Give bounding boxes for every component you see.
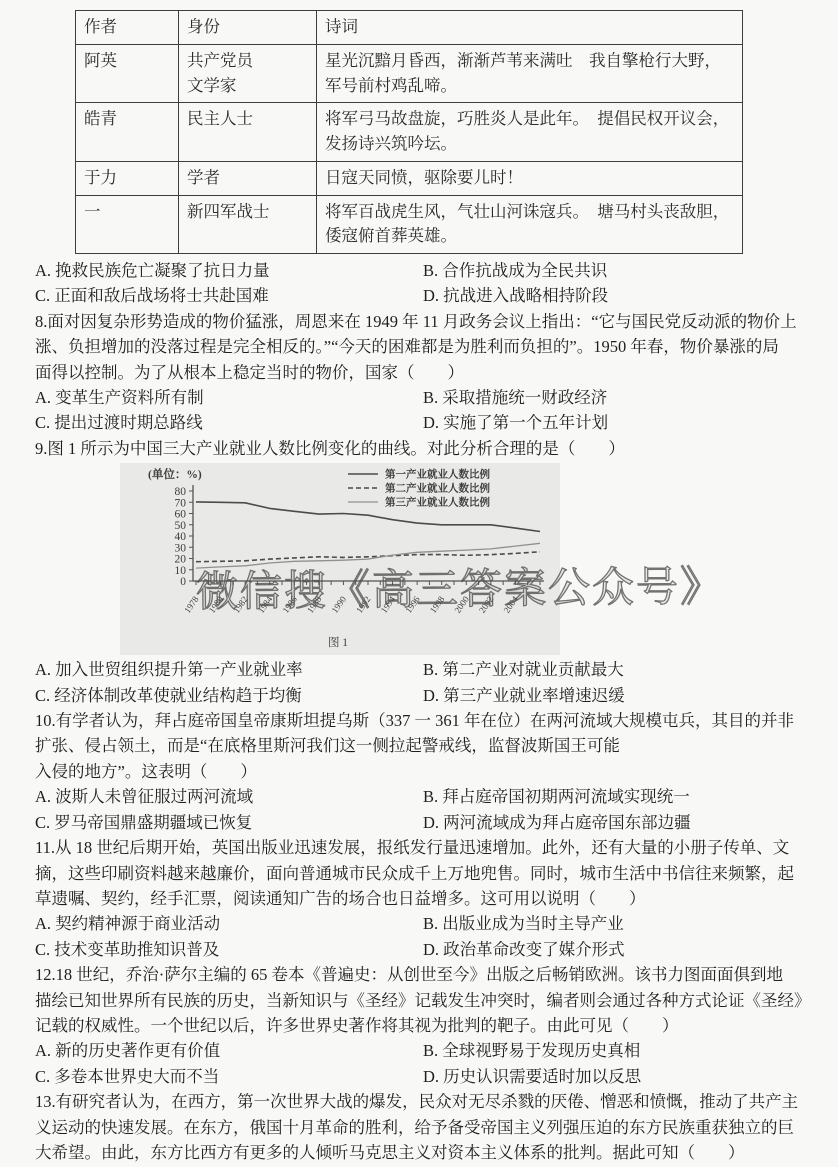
q10-line: 扩张、侵占领土，而是“在底格里斯河我们这一侧拉起警戒线，监督波斯国王可能 — [35, 733, 825, 758]
q12-line: 描绘已知世界所有民族的历史，当新知识与《圣经》记载发生冲突时，编者则会通过各种方… — [35, 988, 825, 1013]
author-cell: 皓青 — [76, 103, 179, 162]
q12-line: 12.18 世纪，乔治·萨尔主编的 65 卷本《普遍史：从创世至今》出版之后畅销… — [35, 962, 825, 987]
table-row: 皓青 民主人士 将军弓马故盘旋，巧胜炎人是此年。 提倡民权开议会，发扬诗兴筑吟坛… — [76, 103, 743, 162]
q11-option-d: D. 政治革命改变了媒介形式 — [423, 937, 825, 962]
q8-option-a: A. 变革生产资料所有制 — [35, 385, 423, 410]
q10-option-a: A. 波斯人未曾征服过两河流域 — [35, 784, 423, 809]
svg-text:第一产业就业人数比例: 第一产业就业人数比例 — [385, 468, 490, 481]
q13-line: 大希望。由此，东方比西方有更多的人倾听马克思主义对资本主义体系的批判。据此可知（… — [35, 1140, 825, 1165]
identity-cell: 民主人士 — [179, 103, 317, 162]
q12-text: 12.18 世纪，乔治·萨尔主编的 65 卷本《普遍史：从创世至今》出版之后畅销… — [35, 962, 825, 1038]
q11-option-a: A. 契约精神源于商业活动 — [35, 911, 423, 936]
q13-text: 13.有研究者认为，在西方，第一次世界大战的爆发，民众对无尽杀戮的厌倦、憎恶和愤… — [35, 1089, 825, 1165]
svg-text:1988: 1988 — [305, 594, 324, 615]
q10-option-d: D. 两河流域成为拜占庭帝国东部边疆 — [423, 810, 825, 835]
poem-cell: 将军弓马故盘旋，巧胜炎人是此年。 提倡民权开议会，发扬诗兴筑吟坛。 — [317, 103, 743, 162]
q10-options: A. 波斯人未曾征服过两河流域 B. 拜占庭帝国初期两河流域实现统一 C. 罗马… — [35, 784, 825, 835]
svg-text:第二产业就业人数比例: 第二产业就业人数比例 — [385, 482, 490, 495]
q8-line: 涨、负担增加的没落过程是完全相反的。”“今天的困难都是为胜利而负担的”。1950… — [35, 334, 825, 359]
q8-text: 8.面对因复杂形势造成的物价猛涨，周恩来在 1949 年 11 月政务会议上指出… — [35, 309, 825, 385]
q9-option-c: C. 经济体制改革使就业结构趋于均衡 — [35, 683, 423, 708]
table-header-poem: 诗词 — [317, 11, 743, 45]
svg-text:80: 80 — [175, 486, 187, 498]
svg-text:30: 30 — [175, 543, 187, 555]
table-header-row: 作者 身份 诗词 — [76, 11, 743, 45]
q9-option-d: D. 第三产业就业率增速迟缓 — [423, 683, 825, 708]
q13-line: 义运动的快速发展。在东方，俄国十月革命的胜利，给予备受帝国主义列强压迫的东方民族… — [35, 1115, 825, 1140]
identity-cell: 共产党员 文学家 — [179, 44, 317, 103]
q9-options: A. 加入世贸组织提升第一产业就业率 B. 第二产业对就业贡献最大 C. 经济体… — [35, 657, 825, 708]
q7-option-c: C. 正面和敌后战场将士共赴国难 — [35, 283, 423, 308]
svg-text:2000: 2000 — [452, 594, 471, 615]
svg-text:1992: 1992 — [354, 595, 373, 615]
svg-text:50: 50 — [175, 520, 187, 532]
svg-text:2002: 2002 — [477, 595, 496, 615]
q8-option-d: D. 实施了第一个五年计划 — [423, 410, 825, 435]
poem-cell: 日寇天同愤，驱除要儿时！ — [317, 161, 743, 195]
svg-text:70: 70 — [175, 498, 187, 510]
q8-options: A. 变革生产资料所有制 B. 采取措施统一财政经济 C. 提出过渡时期总路线 … — [35, 385, 825, 436]
q11-text: 11.从 18 世纪后期开始，英国出版业迅速发展，报纸发行量迅速增加。此外，还有… — [35, 835, 825, 911]
q11-line: 摘，这些印刷资料越来越廉价，面向普通城市民众成千上万地兜售。同时，城市生活中书信… — [35, 861, 825, 886]
svg-text:第三产业就业人数比例: 第三产业就业人数比例 — [385, 496, 490, 509]
svg-text:1984: 1984 — [256, 594, 275, 615]
svg-text:1996: 1996 — [403, 594, 422, 615]
q12-line: 记载的权威性。一个世纪以后，许多世界史著作将其视为批判的靶子。由此可见（ ） — [35, 1013, 825, 1038]
q12-option-d: D. 历史认识需要适时加以反思 — [423, 1064, 825, 1089]
q12-option-a: A. 新的历史著作更有价值 — [35, 1038, 423, 1063]
author-cell: 于力 — [76, 161, 179, 195]
svg-text:1986: 1986 — [280, 594, 299, 615]
q7-options: A. 挽救民族危亡凝聚了抗日力量 B. 合作抗战成为全民共识 C. 正面和敌后战… — [35, 258, 825, 309]
industry-employment-chart: 0102030405060708019781980198219841986198… — [120, 463, 560, 655]
q11-line: 草遗嘱、契约，经手汇票，阅读通知广告的场合也日益增多。这可用以说明（ ） — [35, 886, 825, 911]
table-header-identity: 身份 — [179, 11, 317, 45]
identity-cell: 学者 — [179, 161, 317, 195]
svg-text:2004: 2004 — [502, 594, 521, 615]
author-cell: 一 — [76, 195, 179, 254]
poem-cell: 将军百战虎生风，气壮山河诛寇兵。 塘马村头丧敌胆，倭寇俯首葬英雄。 — [317, 195, 743, 254]
q7-option-b: B. 合作抗战成为全民共识 — [423, 258, 825, 283]
q8-line: 面得以控制。为了从根本上稳定当时的物价，国家（ ） — [35, 360, 825, 385]
figure-1: 0102030405060708019781980198219841986198… — [120, 463, 560, 655]
svg-text:1998: 1998 — [428, 594, 447, 615]
identity-cell: 新四军战士 — [179, 195, 317, 254]
q9-option-a: A. 加入世贸组织提升第一产业就业率 — [35, 657, 423, 682]
q10-option-c: C. 罗马帝国鼎盛期疆域已恢复 — [35, 810, 423, 835]
svg-text:1978: 1978 — [182, 594, 201, 615]
q11-option-b: B. 出版业成为当时主导产业 — [423, 911, 825, 936]
svg-text:10: 10 — [175, 565, 187, 577]
q13-line: 13.有研究者认为，在西方，第一次世界大战的爆发，民众对无尽杀戮的厌倦、憎恶和愤… — [35, 1089, 825, 1114]
q7-option-a: A. 挽救民族危亡凝聚了抗日力量 — [35, 258, 423, 283]
poem-table: 作者 身份 诗词 阿英 共产党员 文学家 星光沉黯月昏西，渐渐芦苇来满吐 我自擎… — [75, 10, 743, 254]
q10-line: 入侵的地方”。这表明（ ） — [35, 759, 825, 784]
q9-option-b: B. 第二产业对就业贡献最大 — [423, 657, 825, 682]
exam-page: 作者 身份 诗词 阿英 共产党员 文学家 星光沉黯月昏西，渐渐芦苇来满吐 我自擎… — [0, 0, 838, 1167]
svg-text:1994: 1994 — [379, 594, 398, 615]
svg-text:0: 0 — [180, 576, 186, 588]
q12-option-c: C. 多卷本世界史大而不当 — [35, 1064, 423, 1089]
q8-option-b: B. 采取措施统一财政经济 — [423, 385, 825, 410]
table-header-author: 作者 — [76, 11, 179, 45]
svg-text:60: 60 — [175, 509, 187, 521]
author-cell: 阿英 — [76, 44, 179, 103]
q9-text: 9.图 1 所示为中国三大产业就业人数比例变化的曲线。对此分析合理的是（ ） — [35, 436, 825, 461]
q8-option-c: C. 提出过渡时期总路线 — [35, 410, 423, 435]
q12-options: A. 新的历史著作更有价值 B. 全球视野易于发现历史真相 C. 多卷本世界史大… — [35, 1038, 825, 1089]
q8-line: 8.面对因复杂形势造成的物价猛涨，周恩来在 1949 年 11 月政务会议上指出… — [35, 309, 825, 334]
q11-option-c: C. 技术变革助推知识普及 — [35, 937, 423, 962]
table-row: 于力 学者 日寇天同愤，驱除要儿时！ — [76, 161, 743, 195]
q10-option-b: B. 拜占庭帝国初期两河流域实现统一 — [423, 784, 825, 809]
q7-option-d: D. 抗战进入战略相持阶段 — [423, 283, 825, 308]
poem-cell: 星光沉黯月昏西，渐渐芦苇来满吐 我自擎枪行大野，军号前村鸡乱啼。 — [317, 44, 743, 103]
svg-text:20: 20 — [175, 554, 187, 566]
q11-line: 11.从 18 世纪后期开始，英国出版业迅速发展，报纸发行量迅速增加。此外，还有… — [35, 835, 825, 860]
table-row: 一 新四军战士 将军百战虎生风，气壮山河诛寇兵。 塘马村头丧敌胆，倭寇俯首葬英雄… — [76, 195, 743, 254]
svg-text:(单位：%): (单位：%) — [148, 467, 202, 481]
q11-options: A. 契约精神源于商业活动 B. 出版业成为当时主导产业 C. 技术变革助推知识… — [35, 911, 825, 962]
svg-text:40: 40 — [175, 531, 187, 543]
svg-text:图 1: 图 1 — [328, 636, 348, 649]
svg-text:1990: 1990 — [330, 594, 349, 615]
table-row: 阿英 共产党员 文学家 星光沉黯月昏西，渐渐芦苇来满吐 我自擎枪行大野，军号前村… — [76, 44, 743, 103]
q10-text: 10.有学者认为，拜占庭帝国皇帝康斯坦提乌斯（337 一 361 年在位）在两河… — [35, 708, 825, 784]
questions-block: A. 挽救民族危亡凝聚了抗日力量 B. 合作抗战成为全民共识 C. 正面和敌后战… — [35, 258, 825, 1165]
svg-text:1982: 1982 — [231, 595, 250, 615]
q10-line: 10.有学者认为，拜占庭帝国皇帝康斯坦提乌斯（337 一 361 年在位）在两河… — [35, 708, 825, 733]
q12-option-b: B. 全球视野易于发现历史真相 — [423, 1038, 825, 1063]
svg-text:1980: 1980 — [207, 594, 226, 615]
